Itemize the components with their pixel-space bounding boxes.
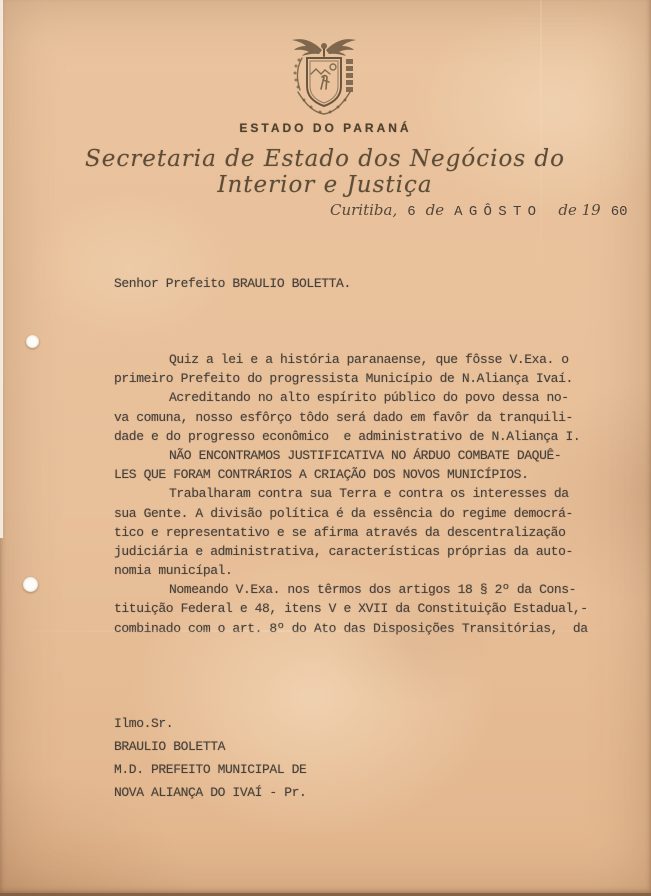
- dateline-de1: de: [426, 201, 444, 219]
- letter-page: ESTADO DO PARANÁ Secretaria de Estado do…: [0, 0, 651, 896]
- body-line: tico e representativo e se afirma atravé…: [114, 523, 588, 542]
- body-line: tituição Federal e 48, itens V e XVII da…: [114, 599, 588, 618]
- body-line: LES QUE FORAM CONTRÁRIOS A CRIAÇÃO DOS N…: [114, 465, 588, 484]
- body-line: dade e do progresso econômico e administ…: [114, 427, 588, 446]
- dateline: Curitiba,6deAGÔSTOde 1960: [330, 201, 638, 220]
- department-title: Secretaria de Estado dos Negócios do Int…: [55, 146, 595, 198]
- dateline-year: 60: [611, 204, 628, 220]
- body-line: judiciária e administrativa, característ…: [114, 542, 588, 561]
- recipient-line: M.D. PREFEITO MUNICIPAL DE: [114, 758, 306, 781]
- body-line: nomia municípal.: [114, 561, 588, 580]
- body-line: Quiz a lei e a história paranaense, que …: [114, 350, 588, 369]
- punch-hole-top: [26, 335, 39, 348]
- recipient-line: NOVA ALIANÇA DO IVAÍ - Pr.: [114, 781, 306, 804]
- body-line: Acreditando no alto espírito público do …: [114, 388, 588, 407]
- letter-body: Quiz a lei e a história paranaense, que …: [114, 350, 588, 638]
- dateline-city: Curitiba,: [330, 201, 397, 219]
- recipient-address-block: Ilmo.Sr. BRAULIO BOLETTA M.D. PREFEITO M…: [114, 712, 306, 804]
- body-line: NÃO ENCONTRAMOS JUSTIFICATIVA NO ÁRDUO C…: [114, 446, 588, 465]
- recipient-line: Ilmo.Sr.: [114, 712, 306, 735]
- recipient-line: BRAULIO BOLETTA: [114, 735, 306, 758]
- body-line: combinado com o art. 8º do Ato das Dispo…: [114, 619, 588, 638]
- parana-coat-of-arms-icon: [278, 32, 370, 118]
- body-line: va comuna, nosso esfôrço tôdo será dado …: [114, 408, 588, 427]
- punch-hole-bottom: [23, 577, 38, 592]
- body-line: Trabalharam contra sua Terra e contra os…: [114, 484, 588, 503]
- salutation-line: Senhor Prefeito BRAULIO BOLETTA.: [114, 276, 351, 291]
- dateline-de2: de 19: [558, 201, 600, 219]
- dateline-month: AGÔSTO: [454, 204, 542, 220]
- dateline-day: 6: [407, 204, 415, 220]
- state-name-label: ESTADO DO PARANÁ: [0, 121, 651, 135]
- body-line: sua Gente. A divisão política é da essên…: [114, 504, 588, 523]
- body-line: primeiro Prefeito do progressista Municí…: [114, 369, 588, 388]
- body-line: Nomeando V.Exa. nos têrmos dos artigos 1…: [114, 580, 588, 599]
